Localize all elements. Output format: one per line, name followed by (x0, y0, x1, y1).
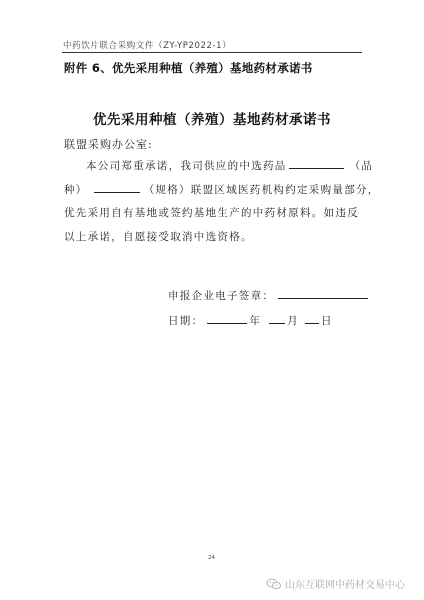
signature-row: 申报企业电子签章： (168, 286, 368, 303)
body-line-2: 种）（规格）联盟区域医药机构约定采购量部分， (64, 179, 360, 203)
document-title: 优先采用种植（养殖）基地药材承诺书 (0, 108, 424, 128)
month-blank[interactable] (269, 311, 285, 324)
product-name-blank[interactable] (289, 156, 344, 169)
addressee: 联盟采购办公室: (64, 136, 153, 152)
header-divider (62, 52, 362, 53)
body-line-2-prefix: 种） (64, 184, 88, 196)
month-label: 月 (287, 315, 299, 327)
body-line-3: 优先采用自有基地或签约基地生产的中药材原料。如违反 (64, 202, 360, 226)
date-label: 日期： (168, 315, 203, 327)
day-label: 日 (321, 315, 333, 327)
body-line-1-prefix: 本公司郑重承诺，我司供应的中选药品 (86, 160, 287, 172)
commitment-body: 本公司郑重承诺，我司供应的中选药品（品 种）（规格）联盟区域医药机构约定采购量部… (64, 155, 360, 249)
day-blank[interactable] (305, 311, 319, 324)
year-label: 年 (249, 315, 261, 327)
date-row: 日期：年月日 (168, 311, 333, 328)
body-line-1-suffix: （品 (350, 160, 374, 172)
body-line-4: 以上承诺，自愿接受取消中选资格。 (64, 226, 360, 250)
year-blank[interactable] (207, 311, 247, 324)
signature-blank[interactable] (278, 286, 368, 299)
wechat-icon (266, 578, 282, 590)
document-page: 中药饮片联合采购文件（ZY-YP2022-1） 附件 6、优先采用种植（养殖）基… (0, 0, 424, 600)
page-number: 24 (208, 555, 215, 561)
body-line-1: 本公司郑重承诺，我司供应的中选药品（品 (64, 155, 360, 179)
running-header: 中药饮片联合采购文件（ZY-YP2022-1） (63, 39, 231, 51)
attachment-title: 附件 6、优先采用种植（养殖）基地药材承诺书 (64, 60, 313, 76)
signature-label: 申报企业电子签章： (168, 290, 274, 302)
watermark: 山东互联网中药材交易中心 (266, 576, 405, 591)
specification-blank[interactable] (94, 180, 140, 193)
watermark-text: 山东互联网中药材交易中心 (285, 576, 405, 591)
body-line-2-suffix: （规格）联盟区域医药机构约定采购量部分， (144, 184, 380, 196)
